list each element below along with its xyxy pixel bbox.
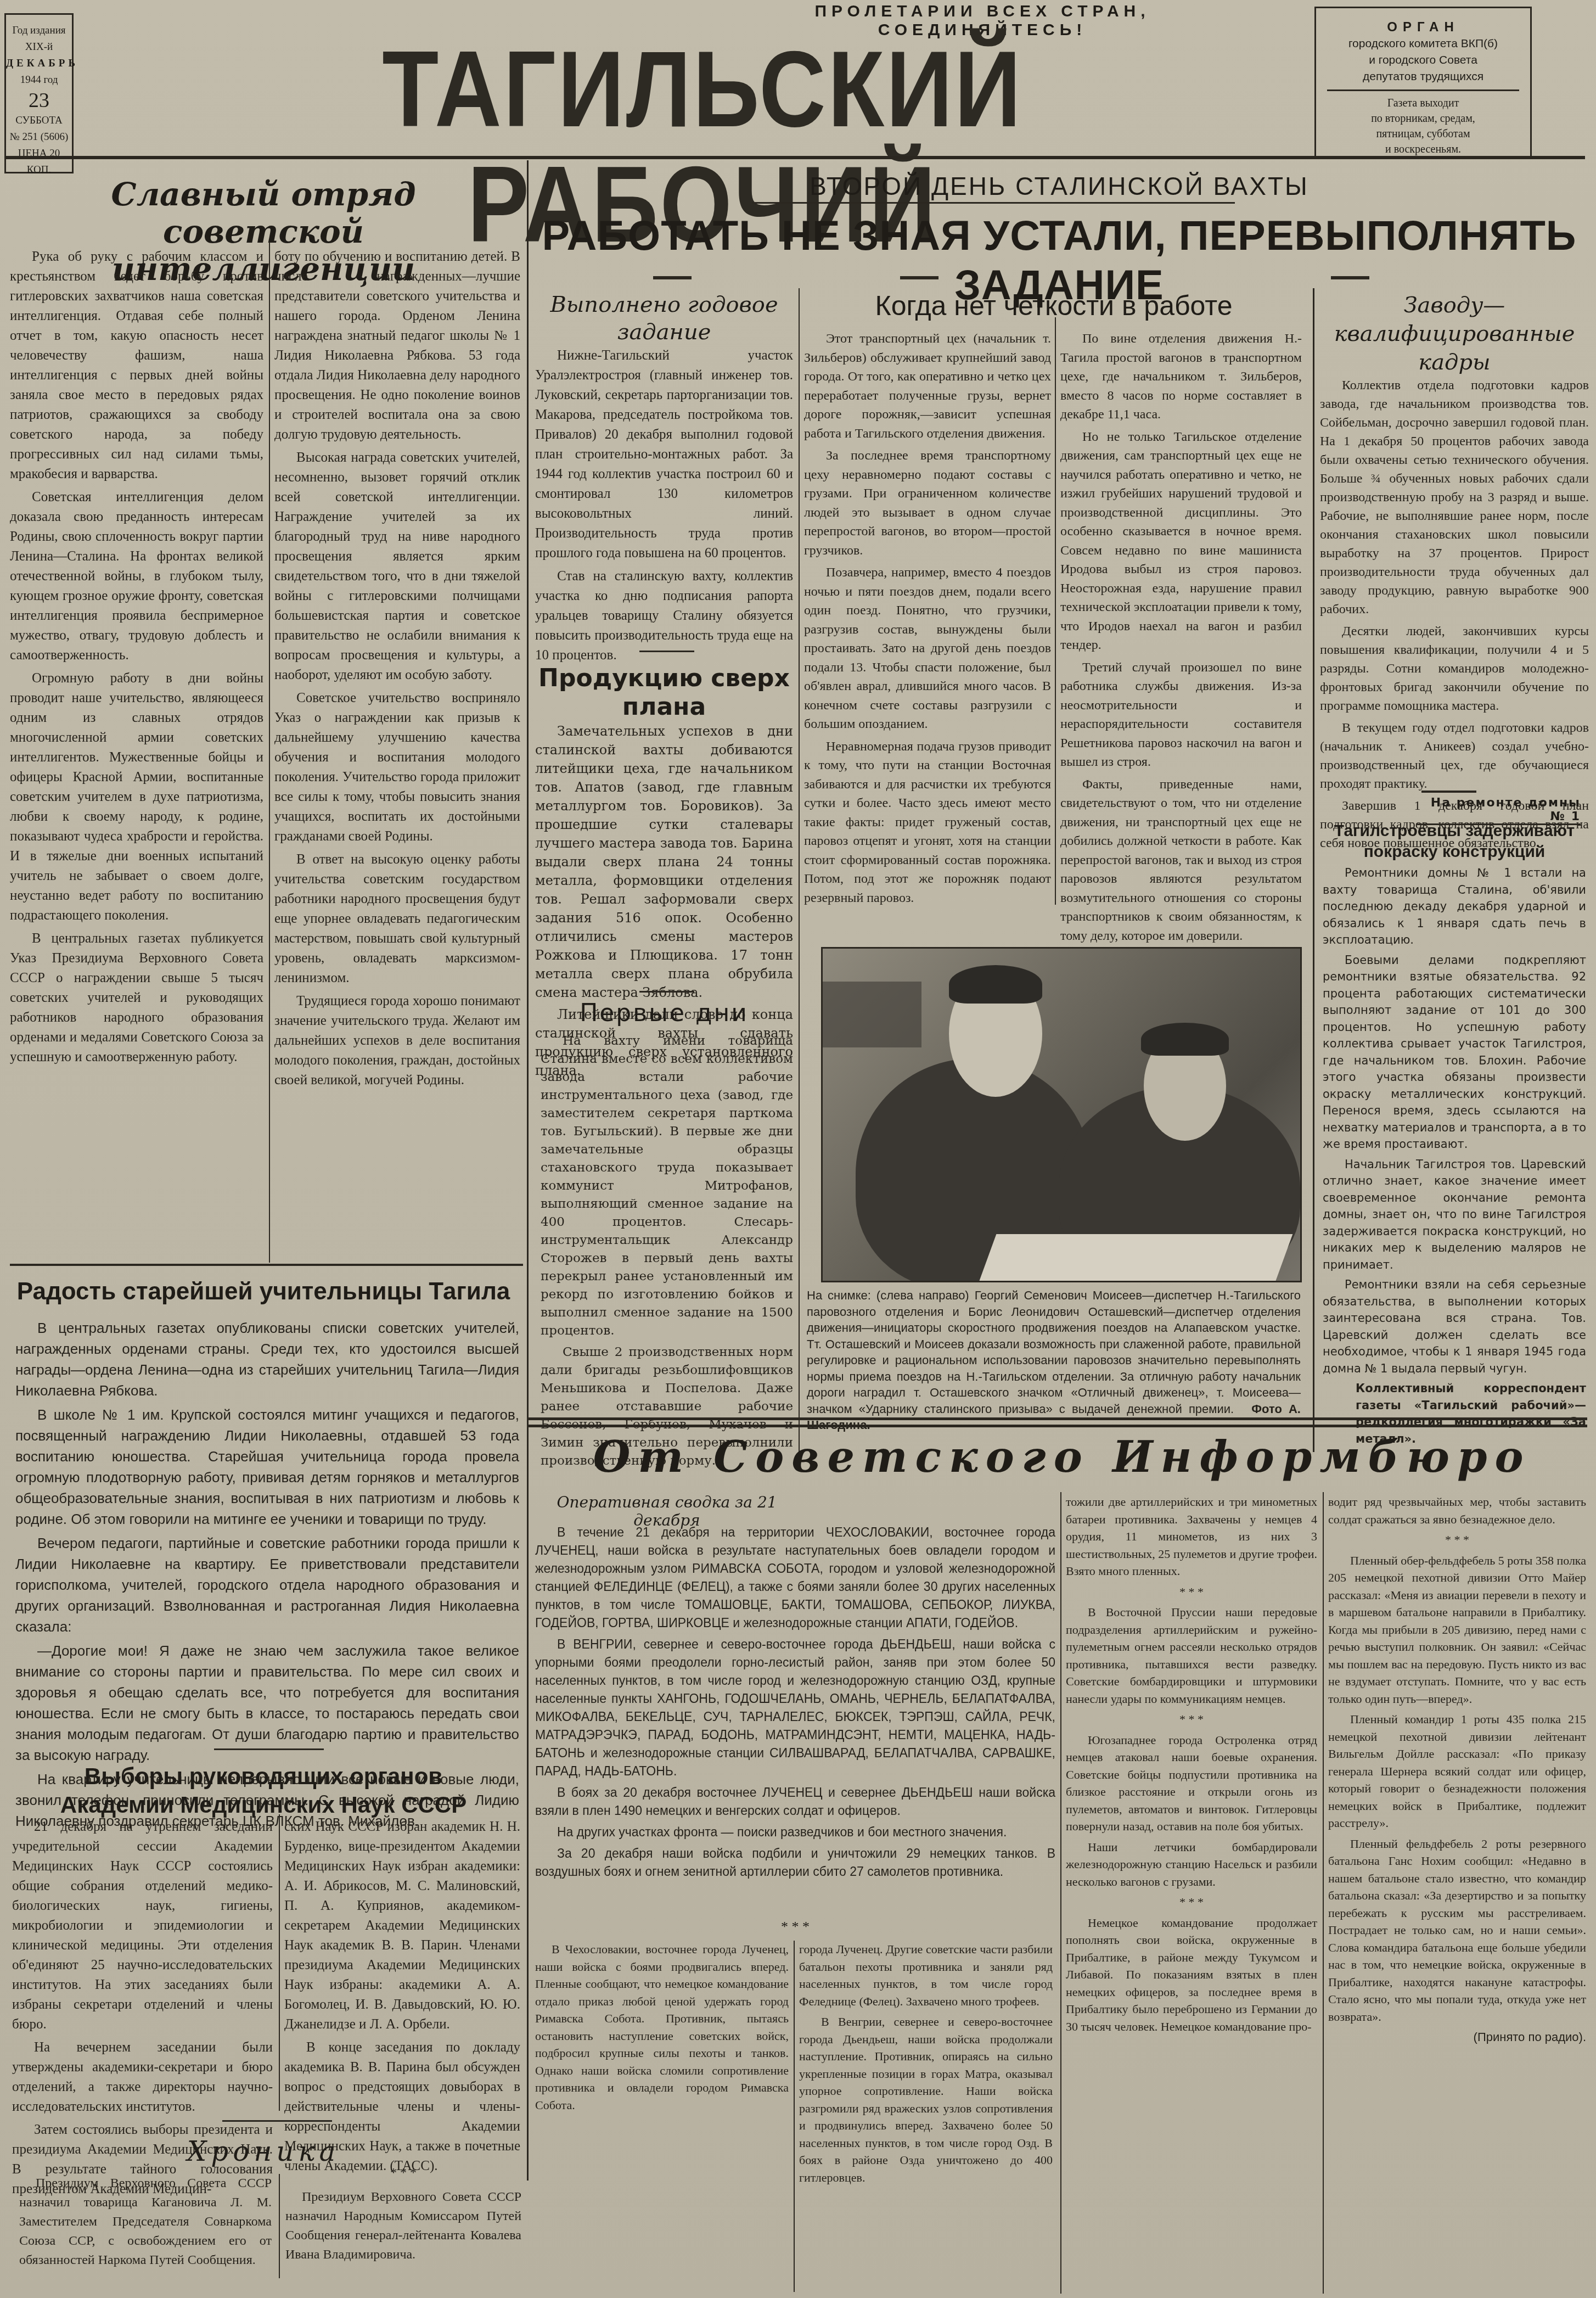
paragraph: В ответ на высокую оценку работы учитель… xyxy=(274,850,520,988)
chronicle-item-2: Президиум Верховного Совета СССР назначи… xyxy=(285,2188,521,2265)
paragraph: На других участках фронта — поиски разве… xyxy=(535,1823,1055,1841)
dash-divider xyxy=(653,276,692,279)
price: ЦЕНА 20 КОП. xyxy=(6,145,72,178)
divider xyxy=(1421,791,1476,793)
section-rule xyxy=(528,1425,1587,1427)
paragraph: За последнее время транспортному цеху не… xyxy=(804,446,1051,560)
annual-body: Нижне-Тагильский участок Уралэлектростро… xyxy=(535,346,793,669)
paragraph: тожили две артиллерийских и три минометн… xyxy=(1066,1493,1317,1580)
paragraph: В центральных газетах публикуется Указ П… xyxy=(10,929,263,1067)
organ-box: ОРГАН городского комитета ВКП(б) и город… xyxy=(1314,7,1532,158)
paragraph: Пленный фельдфебель 2 роты резервного ба… xyxy=(1328,1835,1586,2026)
paragraph: Но не только Тагильское отделение движен… xyxy=(1060,428,1302,655)
paragraph: В боях за 20 декабря восточнее ЛУЧЕНЕЦ и… xyxy=(535,1784,1055,1820)
paragraph: Наши летчики бомбардировали железнодорож… xyxy=(1066,1839,1317,1891)
paragraph: 21 декабря на утреннем заседании учредит… xyxy=(12,1817,273,2034)
paragraph: Десятки людей, закончивших курсы повышен… xyxy=(1320,622,1589,715)
section-rule xyxy=(10,1264,523,1266)
paragraph: Третий случай произошел по вине работник… xyxy=(1060,658,1302,772)
stars: * * * xyxy=(1066,1711,1317,1728)
sovinformburo-col4: водит ряд чрезвычайных мер, чтобы застав… xyxy=(1328,1493,1586,2049)
paragraph: Ремонтники взяли на себя серьезные обяза… xyxy=(1323,1276,1586,1377)
column-rule xyxy=(279,1814,280,2111)
column-rule xyxy=(799,288,800,1452)
sovinformburo-col3: тожили две артиллерийских и три минометн… xyxy=(1066,1493,1317,2038)
paragraph: Позавчера, например, вместо 4 поездов но… xyxy=(804,563,1051,734)
chronicle-item-1: Президиум Верховного Совета СССР назначи… xyxy=(19,2174,272,2270)
paragraph: На вечернем заседании были утверждены ак… xyxy=(12,2038,273,2117)
paragraph: Боевыми делами подкрепляют ремонтники вз… xyxy=(1323,952,1586,1153)
teacher-article-title: Радость старейшей учительницы Тагила xyxy=(11,1276,516,1307)
schedule-line: Газета выходит xyxy=(1316,96,1530,111)
paragraph: Этот транспортный цех (начальник т. Зиль… xyxy=(804,329,1051,443)
masthead-rule xyxy=(4,156,1585,159)
paragraph: По вине отделения движения Н.-Тагила про… xyxy=(1060,329,1302,424)
paragraph: В Венгрии, севернее и северо-восточнее г… xyxy=(799,2013,1053,2186)
paragraph: Рука об руку с рабочим классом и крестья… xyxy=(10,247,263,484)
ornament-divider xyxy=(214,1748,324,1750)
production-body: Замечательных успехов в дни сталинской в… xyxy=(535,722,793,1083)
paragraph: Замечательных успехов в дни сталинской в… xyxy=(535,722,793,1002)
caption-text: На снимке: (слева направо) Георгий Семен… xyxy=(807,1288,1301,1416)
schedule-line: и воскресеньям. xyxy=(1316,142,1530,157)
paragraph: Трудящиеся города хорошо понимают значен… xyxy=(274,991,520,1090)
paragraph: Огромную работу в дни войны проводит наш… xyxy=(10,669,263,926)
paragraph: Югозападнее города Остроленка отряд немц… xyxy=(1066,1731,1317,1835)
column-rule xyxy=(279,2174,280,2278)
paragraph: Немецкое командование продолжает пополня… xyxy=(1066,1914,1317,2036)
year: 1944 год xyxy=(6,72,72,88)
organ-line: городского комитета ВКП(б) xyxy=(1316,36,1530,52)
cadres-title: Заводу— квалифицированные кадры xyxy=(1320,291,1589,377)
paragraph: —Дорогие мои! Я даже не знаю чем заслужи… xyxy=(15,1640,519,1765)
column-rule xyxy=(527,160,529,2181)
paragraph: Факты, приведенные нами, свидетельствуют… xyxy=(1060,775,1302,946)
photo-caption: На снимке: (слева направо) Георгий Семен… xyxy=(807,1287,1301,1433)
sovinformburo-col2: города Лученец. Другие советские части р… xyxy=(799,1941,1053,2189)
paragraph: водит ряд чрезвычайных мер, чтобы застав… xyxy=(1328,1493,1586,1528)
organ-label: ОРГАН xyxy=(1316,19,1530,36)
year-of-issue: Год издания XIX-й xyxy=(6,23,72,55)
paragraph: На вахту имени товарища Сталина вместе с… xyxy=(541,1032,793,1340)
paragraph: Пленный обер-фельдфебель 5 роты 358 полк… xyxy=(1328,1552,1586,1708)
divider xyxy=(639,991,694,993)
annual-title: Выполнено годовое задание xyxy=(535,291,793,346)
editorial-col1: Рука об руку с рабочим классом и крестья… xyxy=(10,247,263,1070)
first-days-body: На вахту имени товарища Сталина вместе с… xyxy=(541,1032,793,1473)
precision-title: Когда нет четкости в работе xyxy=(801,290,1306,322)
chronicle-title: Хроника xyxy=(11,2136,516,2167)
cadres-body: Коллектив отдела подготовки кадров завод… xyxy=(1320,376,1589,856)
sovinformburo-title: От Советского Информбюро xyxy=(532,1430,1592,1485)
section-kicker: ВТОРОЙ ДЕНЬ СТАЛИНСКОЙ ВАХТЫ xyxy=(538,171,1581,201)
day: 23 xyxy=(6,88,72,113)
stars: * * * xyxy=(1328,1531,1586,1549)
photo-dispatchers xyxy=(821,947,1302,1282)
stars: * * * xyxy=(1066,1583,1317,1601)
paragraph: В текущем году отдел подготовки кадров (… xyxy=(1320,719,1589,793)
paragraph: Коллектив отдела подготовки кадров завод… xyxy=(1320,376,1589,619)
issue-info-box: Год издания XIX-й ДЕКАБРЬ 1944 год 23 СУ… xyxy=(4,13,74,173)
academy-col2: ских Наук СССР избран академик Н. Н. Бур… xyxy=(284,1817,520,2179)
section-rule xyxy=(528,1417,1587,1420)
paragraph: Пленный командир 1 роты 435 полка 215 не… xyxy=(1328,1711,1586,1832)
stars: * * * xyxy=(1066,1893,1317,1911)
photo-hair-right xyxy=(1141,1023,1229,1056)
organ-line: депутатов трудящихся xyxy=(1316,69,1530,85)
furnace-title: Тагилстроевцы задерживают покраску конст… xyxy=(1328,821,1581,862)
kicker-underline xyxy=(752,202,1235,204)
section-stars: * * * xyxy=(535,1919,1055,1935)
chronicle-stars: * * * xyxy=(285,2166,521,2181)
month: ДЕКАБРЬ xyxy=(6,55,72,72)
paragraph: Советская интеллигенция делом доказала с… xyxy=(10,487,263,665)
paragraph: Начальник Тагилстроя тов. Царевский отли… xyxy=(1323,1156,1586,1274)
column-rule xyxy=(269,242,270,1263)
paragraph: Нижне-Тагильский участок Уралэлектростро… xyxy=(535,346,793,563)
teacher-article-body: В центральных газетах опубликованы списк… xyxy=(15,1318,519,1835)
column-rule xyxy=(1313,288,1314,1452)
paragraph: города Лученец. Другие советские части р… xyxy=(799,1941,1053,2010)
dash-divider xyxy=(1331,276,1369,279)
sovinformburo-col1b: В Чехословакии, восточнее города Лученец… xyxy=(535,1941,789,2114)
paragraph: За 20 декабря наши войска подбили и унич… xyxy=(535,1845,1055,1881)
schedule-line: по вторникам, средам, xyxy=(1316,111,1530,126)
paragraph: Вечером педагоги, партийные и советские … xyxy=(15,1533,519,1637)
paragraph: В школе № 1 им. Крупской состоялся митин… xyxy=(15,1404,519,1529)
divider xyxy=(1327,89,1519,91)
dash-divider xyxy=(900,276,939,279)
editorial-col2: боту по обучению и воспитанию детей. В ч… xyxy=(274,247,520,1094)
column-rule xyxy=(794,1941,795,2292)
furnace-body: Ремонтники домны № 1 встали на вахту тов… xyxy=(1323,865,1586,1450)
newspaper-page: ПРОЛЕТАРИИ ВСЕХ СТРАН, СОЕДИНЯЙТЕСЬ! Год… xyxy=(0,0,1596,2298)
paragraph: В Восточной Пруссии наши передовые подра… xyxy=(1066,1604,1317,1707)
sovinformburo-summary: В течение 21 декабря на территории ЧЕХОС… xyxy=(535,1523,1055,1884)
radio-footer: (Принято по радио). xyxy=(1328,2028,1586,2046)
precision-col2: По вине отделения движения Н.-Тагила про… xyxy=(1060,329,1302,949)
production-title: Продукцию сверх плана xyxy=(535,664,793,721)
column-rule xyxy=(1055,317,1056,905)
paragraph: В ВЕНГРИИ, севернее и северо-восточнее г… xyxy=(535,1635,1055,1780)
divider xyxy=(639,651,694,652)
academy-article-title: Выборы руководящих органов Академии Меди… xyxy=(33,1762,494,1819)
organ-line: и городского Совета xyxy=(1316,52,1530,69)
paragraph: В центральных газетах опубликованы списк… xyxy=(15,1318,519,1401)
weekday: СУББОТА xyxy=(6,113,72,129)
column-rule xyxy=(1323,1492,1324,2294)
photo-papers xyxy=(979,1234,1293,1282)
paragraph: боту по обучению и воспитанию детей. В ч… xyxy=(274,247,520,445)
paragraph: Советское учительство восприняло Указ о … xyxy=(274,688,520,847)
paragraph: В течение 21 декабря на территории ЧЕХОС… xyxy=(535,1523,1055,1632)
paragraph: ских Наук СССР избран академик Н. Н. Бур… xyxy=(284,1817,520,2034)
photo-background-window xyxy=(823,982,921,1047)
issue-number: № 251 (5606) xyxy=(6,129,72,145)
ornament-divider xyxy=(222,2120,332,2122)
schedule-line: пятницам, субботам xyxy=(1316,126,1530,142)
photo-hair-left xyxy=(949,965,1042,1004)
paragraph: Неравномерная подача грузов приводит к т… xyxy=(804,737,1051,908)
paragraph: Ремонтники домны № 1 встали на вахту тов… xyxy=(1323,865,1586,949)
paragraph: Высокая награда советских учителей, несо… xyxy=(274,448,520,685)
first-days-title: Первые дни xyxy=(535,999,793,1027)
precision-col1: Этот транспортный цех (начальник т. Зиль… xyxy=(804,329,1051,911)
column-rule xyxy=(1060,1492,1061,2294)
